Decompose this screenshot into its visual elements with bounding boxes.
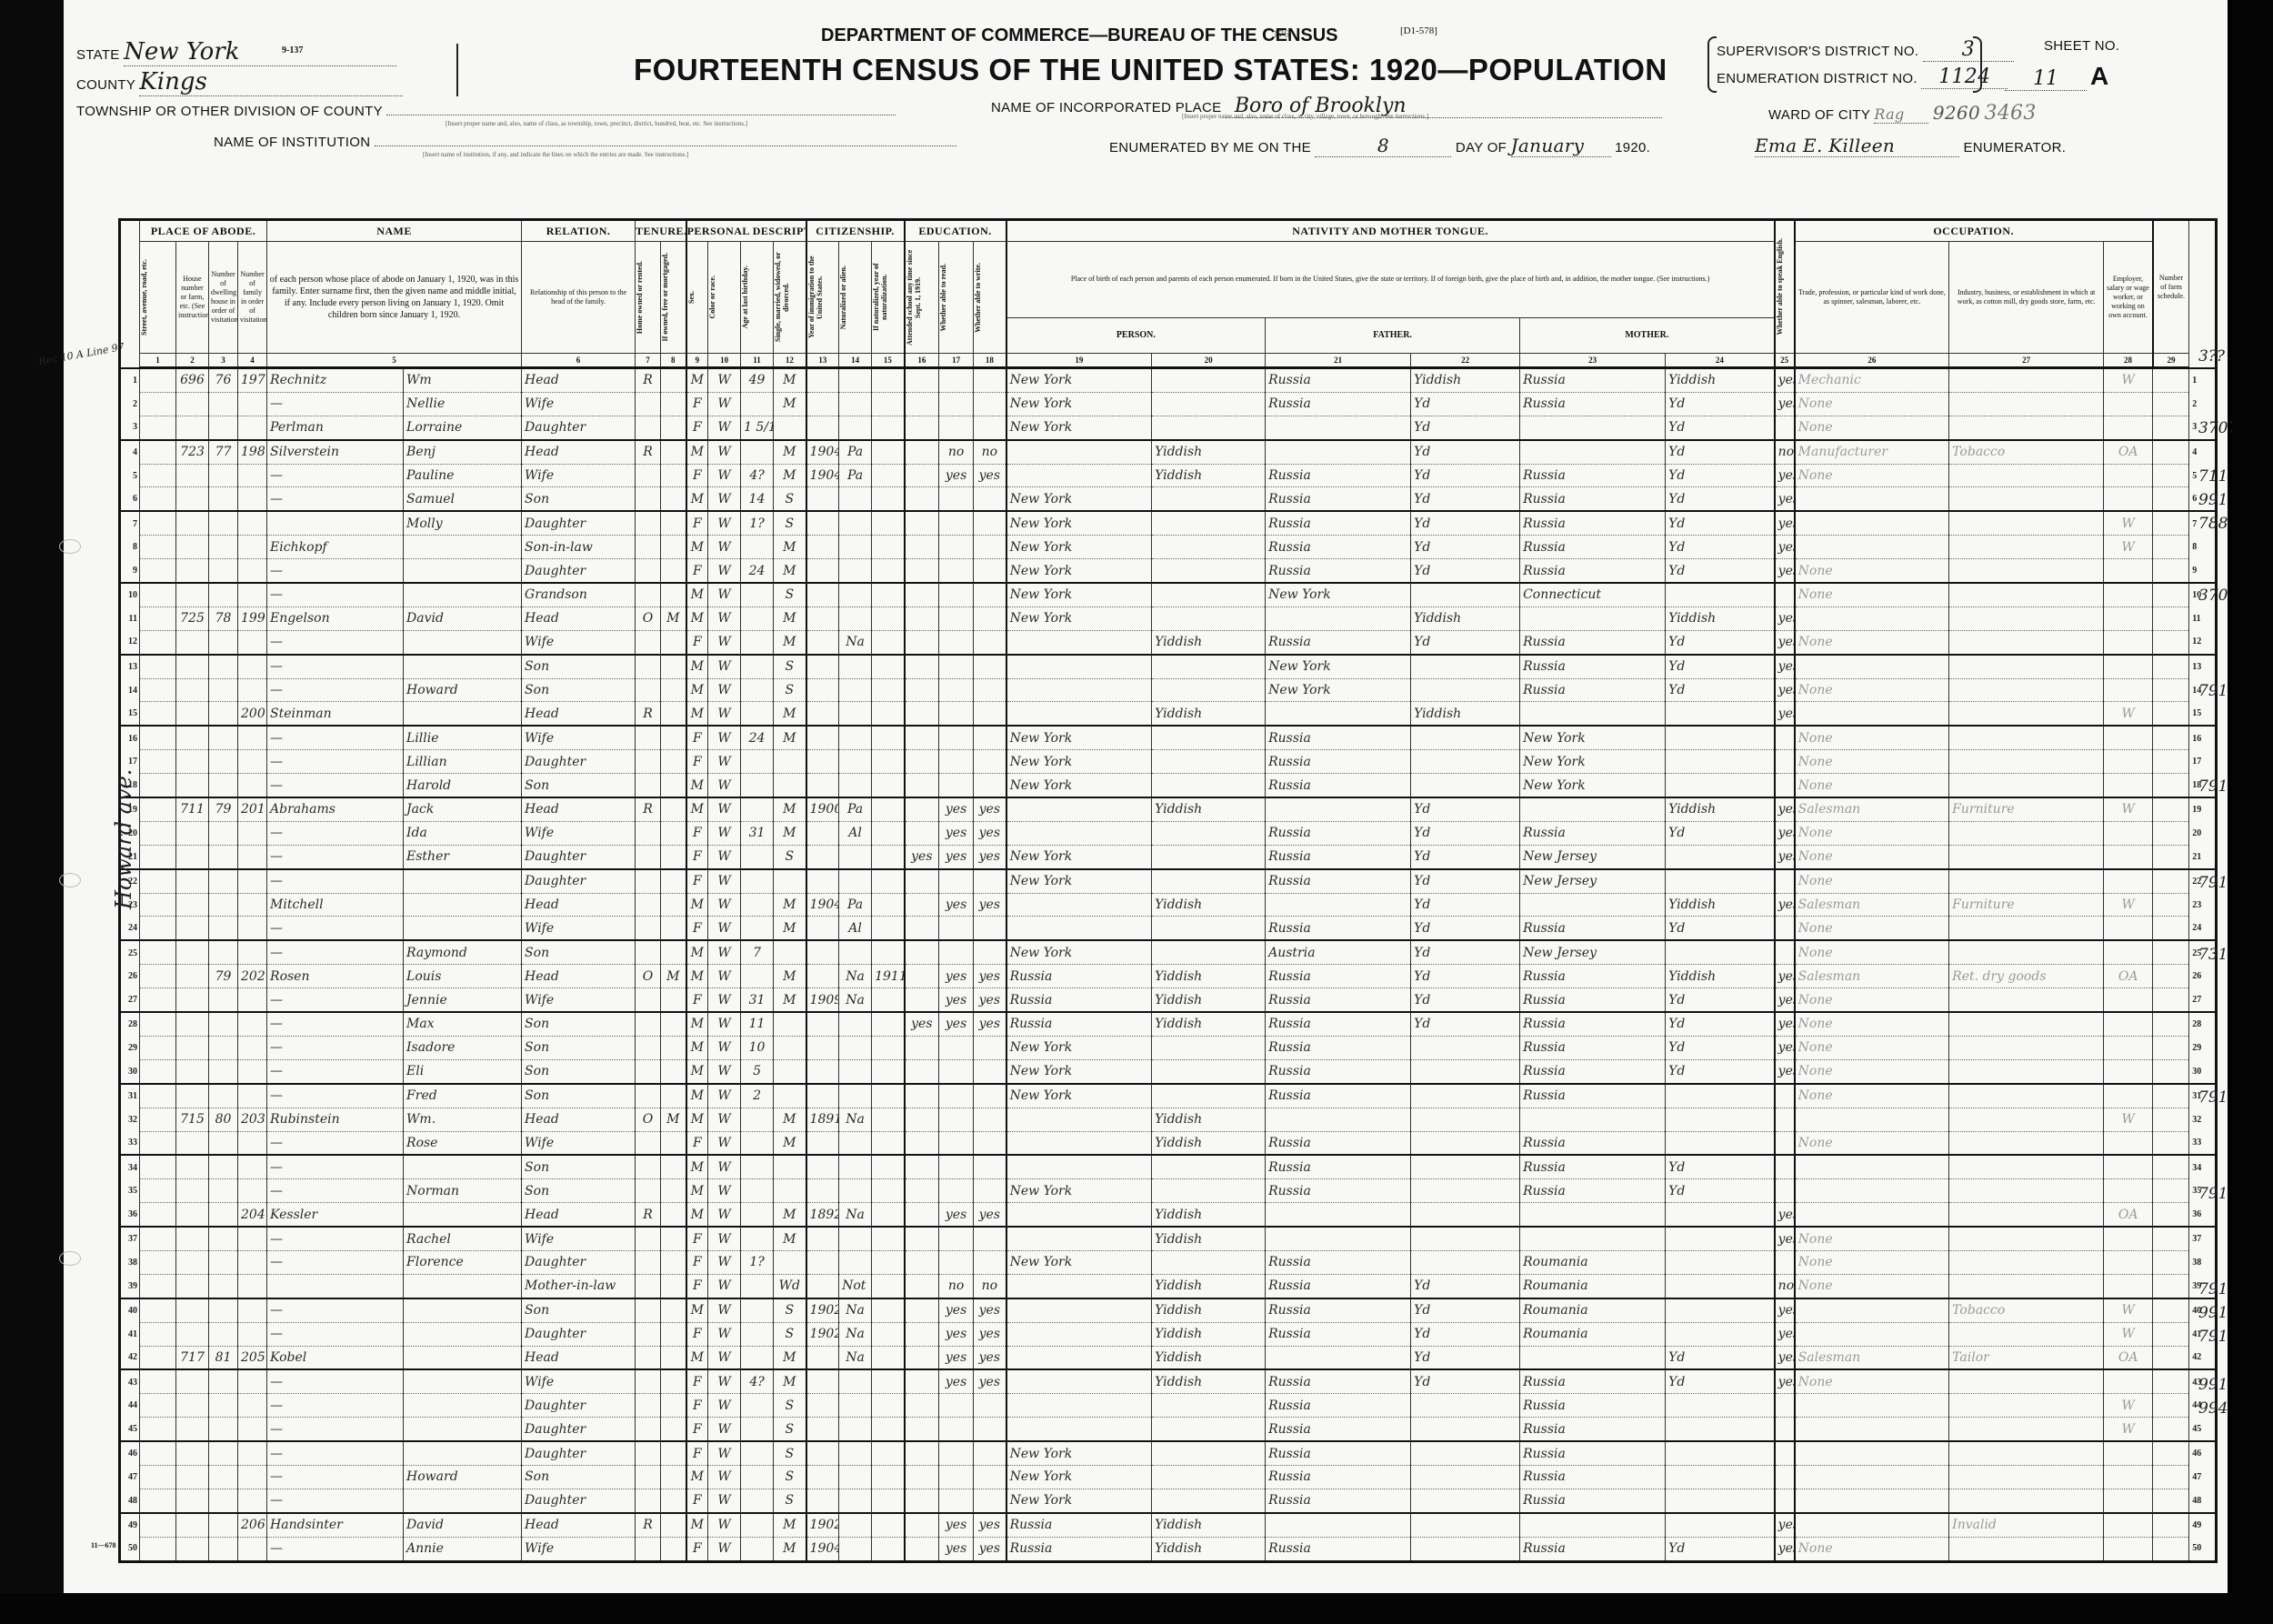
scan-border-left: [0, 0, 64, 1593]
cell-sex: F: [686, 1131, 708, 1155]
cell-trade: None: [1795, 1036, 1949, 1059]
cell-relation: Daughter: [522, 1394, 636, 1418]
cell-nat: Pa: [839, 440, 872, 464]
cell-given: [404, 1418, 522, 1441]
cell-ftongue: Yd: [1411, 893, 1520, 917]
cell-pob: New York: [1006, 1179, 1152, 1203]
cell-mtongue: Yd: [1666, 1155, 1775, 1178]
cell-given: Norman: [404, 1179, 522, 1203]
cell-mtongue: [1666, 845, 1775, 868]
cell-street: [140, 988, 176, 1012]
cell-english: yes: [1775, 630, 1795, 654]
cell-color: W: [708, 416, 741, 439]
cell-fpob: Russia: [1266, 630, 1411, 654]
cell-pob: [1006, 917, 1152, 940]
cell-surname: —: [267, 1418, 404, 1441]
cell-dwelling: [209, 1369, 238, 1393]
cell-dwelling: [209, 655, 238, 678]
cell-dwelling: [209, 678, 238, 702]
cell-ftongue: Yiddish: [1411, 702, 1520, 726]
cell-marital: [774, 1036, 806, 1059]
cell-house: [176, 1059, 209, 1083]
cell-read: yes: [939, 1012, 974, 1036]
cell-mpob: [1520, 702, 1666, 726]
cell-own: R: [636, 702, 661, 726]
cell-tongue: [1152, 1179, 1266, 1203]
cell-nat: Na: [839, 1203, 872, 1227]
cell-street: [140, 440, 176, 464]
cell-trade: [1795, 1441, 1949, 1465]
cell-mpob: New York: [1520, 750, 1666, 774]
cell-farm: [2153, 606, 2189, 630]
cell-read: no: [939, 1274, 974, 1298]
cell-english: yes: [1775, 1227, 1795, 1250]
cell-farm: [2153, 583, 2189, 606]
cell-fpob: Russia: [1266, 1322, 1411, 1346]
cell-school: [905, 797, 939, 821]
cell-relation: Wife: [522, 1369, 636, 1393]
cell-color: W: [708, 1131, 741, 1155]
cell-color: W: [708, 1179, 741, 1203]
line-number-right: 17: [2189, 750, 2217, 774]
cell-family: [238, 1322, 267, 1346]
cell-family: [238, 630, 267, 654]
cell-family: [238, 726, 267, 749]
cell-tongue: [1152, 940, 1266, 964]
cell-english: yes: [1775, 606, 1795, 630]
cell-street: [140, 1203, 176, 1227]
cell-house: 725: [176, 606, 209, 630]
cell-house: [176, 392, 209, 416]
cell-street: [140, 1465, 176, 1489]
cell-school: [905, 511, 939, 535]
margin-code: 731: [2198, 946, 2228, 964]
cell-relation: Son: [522, 1036, 636, 1059]
cell-read: [939, 1059, 974, 1083]
cell-mpob: Russia: [1520, 1059, 1666, 1083]
cell-farm: [2153, 917, 2189, 940]
cell-tongue: [1152, 1036, 1266, 1059]
cell-given: Molly: [404, 511, 522, 535]
margin-code: 791: [2198, 777, 2228, 796]
cell-pob: [1006, 821, 1152, 845]
group-mother: MOTHER.: [1520, 317, 1775, 353]
cell-mpob: Russia: [1520, 536, 1666, 559]
cell-read: [939, 940, 974, 964]
cell-mort: [661, 559, 686, 583]
cell-english: [1775, 1394, 1795, 1418]
cell-nat: [839, 1513, 872, 1537]
cell-farm: [2153, 678, 2189, 702]
cell-family: 198: [238, 440, 267, 464]
cell-dwelling: [209, 750, 238, 774]
cell-age: 4?: [741, 1369, 774, 1393]
cell-ftongue: [1411, 1227, 1520, 1250]
cell-natyr: [872, 1036, 905, 1059]
cell-farm: [2153, 1084, 2189, 1108]
cell-nat: [839, 1394, 872, 1418]
cell-mtongue: [1666, 940, 1775, 964]
cell-dwelling: [209, 917, 238, 940]
cell-given: Samuel: [404, 487, 522, 511]
cell-nat: [839, 1155, 872, 1178]
cell-marital: [774, 1012, 806, 1036]
township-hint: [Insert proper name and, also, name of c…: [446, 120, 747, 127]
cell-english: [1775, 1418, 1795, 1441]
schedule-rows: 169676197RechnitzWmHeadRMW49MNew YorkRus…: [120, 368, 2217, 1562]
cell-tongue: Yiddish: [1152, 797, 1266, 821]
cell-dwelling: [209, 1036, 238, 1059]
cell-mort: [661, 988, 686, 1012]
cell-mort: [661, 583, 686, 606]
cell-trade: [1795, 655, 1949, 678]
cell-fpob: Russia: [1266, 1131, 1411, 1155]
cell-trade: [1795, 1489, 1949, 1512]
table-row: 40—SonMWS1902NayesyesYiddishRussiaYdRoum…: [120, 1298, 2217, 1322]
cell-tongue: Yiddish: [1152, 1298, 1266, 1322]
cell-sex: F: [686, 1274, 708, 1298]
cell-trade: None: [1795, 1250, 1949, 1274]
cell-imm: [806, 965, 839, 988]
cell-industry: [1949, 1131, 2104, 1155]
cell-farm: [2153, 1108, 2189, 1131]
cell-family: [238, 750, 267, 774]
cell-sex: M: [686, 1513, 708, 1537]
cell-own: O: [636, 606, 661, 630]
cell-nat: [839, 1036, 872, 1059]
cell-marital: M: [774, 1203, 806, 1227]
cell-given: [404, 1274, 522, 1298]
cell-trade: [1795, 1155, 1949, 1178]
cell-english: yes: [1775, 1513, 1795, 1537]
cell-read: yes: [939, 797, 974, 821]
line-number: 30: [120, 1059, 140, 1083]
cell-age: 24: [741, 559, 774, 583]
cell-imm: 1904: [806, 440, 839, 464]
cell-street: [140, 1298, 176, 1322]
cell-own: [636, 1465, 661, 1489]
cell-street: [140, 917, 176, 940]
cell-nat: Pa: [839, 464, 872, 487]
cell-surname: —: [267, 583, 404, 606]
cell-industry: [1949, 821, 2104, 845]
cell-school: [905, 1537, 939, 1561]
cell-nat: [839, 940, 872, 964]
cell-surname: —: [267, 1298, 404, 1322]
column-number-8: 8: [661, 354, 686, 368]
cell-mpob: Russia: [1520, 821, 1666, 845]
cell-sex: M: [686, 1298, 708, 1322]
cell-english: [1775, 1131, 1795, 1155]
cell-fpob: Russia: [1266, 1298, 1411, 1322]
cell-color: W: [708, 1513, 741, 1537]
cell-mort: [661, 368, 686, 393]
cell-pob: New York: [1006, 536, 1152, 559]
cell-emp: [2104, 1513, 2153, 1537]
cell-ftongue: Yiddish: [1411, 606, 1520, 630]
cell-ftongue: [1411, 1537, 1520, 1561]
cell-mtongue: [1666, 750, 1775, 774]
cell-own: [636, 821, 661, 845]
cell-family: [238, 1012, 267, 1036]
cell-own: [636, 630, 661, 654]
cell-marital: [774, 869, 806, 893]
line-number: 32: [120, 1108, 140, 1131]
cell-natyr: [872, 392, 905, 416]
line-number: 48: [120, 1489, 140, 1512]
cell-sex: M: [686, 678, 708, 702]
cell-mtongue: Yd: [1666, 392, 1775, 416]
cell-given: Howard: [404, 1465, 522, 1489]
cell-relation: Grandson: [522, 583, 636, 606]
cell-tongue: [1152, 821, 1266, 845]
cell-industry: [1949, 1250, 2104, 1274]
table-row: 18—HaroldSonMWNew YorkRussiaNew YorkNone…: [120, 774, 2217, 797]
cell-natyr: [872, 1513, 905, 1537]
cell-own: [636, 536, 661, 559]
cell-natyr: [872, 511, 905, 535]
cell-emp: [2104, 1465, 2153, 1489]
cell-mtongue: Yiddish: [1666, 797, 1775, 821]
cell-marital: M: [774, 988, 806, 1012]
cell-mpob: Russia: [1520, 1036, 1666, 1059]
cell-tongue: Yiddish: [1152, 965, 1266, 988]
county-label: County: [76, 77, 135, 93]
cell-tongue: Yiddish: [1152, 1227, 1266, 1250]
group-education: EDUCATION.: [905, 220, 1006, 242]
cell-write: [974, 1084, 1006, 1108]
cell-mtongue: [1666, 702, 1775, 726]
enumeration-value: 1124: [1921, 65, 2008, 89]
cell-write: [974, 655, 1006, 678]
line-number: 49: [120, 1513, 140, 1537]
cell-relation: Son: [522, 1465, 636, 1489]
table-row: 15200SteinmanHeadRMWMYiddishYiddishyesW1…: [120, 702, 2217, 726]
cell-write: [974, 487, 1006, 511]
table-row: 2679202RosenLouisHeadOMMWMNa1911yesyesRu…: [120, 965, 2217, 988]
cell-read: [939, 583, 974, 606]
cell-pob: [1006, 797, 1152, 821]
group-relation: RELATION.: [522, 220, 636, 242]
cell-color: W: [708, 940, 741, 964]
cell-age: [741, 845, 774, 868]
cell-nat: [839, 702, 872, 726]
cell-relation: Head: [522, 893, 636, 917]
cell-natyr: [872, 1250, 905, 1274]
cell-trade: None: [1795, 917, 1949, 940]
cell-english: yes: [1775, 893, 1795, 917]
line-number: 3: [120, 416, 140, 439]
cell-school: [905, 965, 939, 988]
cell-tongue: Yiddish: [1152, 702, 1266, 726]
cell-own: [636, 1298, 661, 1322]
margin-code: 711: [2198, 467, 2228, 486]
cell-read: yes: [939, 1322, 974, 1346]
cell-school: [905, 1036, 939, 1059]
cell-industry: [1949, 368, 2104, 393]
cell-nat: [839, 845, 872, 868]
cell-trade: [1795, 487, 1949, 511]
cell-given: Annie: [404, 1537, 522, 1561]
cell-read: [939, 702, 974, 726]
cell-family: 197: [238, 368, 267, 393]
cell-fpob: Russia: [1266, 774, 1411, 797]
line-number-right: 24: [2189, 917, 2217, 940]
cell-own: [636, 678, 661, 702]
cell-dwelling: [209, 1537, 238, 1561]
cell-marital: S: [774, 655, 806, 678]
cell-ftongue: Yd: [1411, 869, 1520, 893]
cell-mort: [661, 1179, 686, 1203]
cell-dwelling: [209, 464, 238, 487]
margin-code: 991: [2198, 1304, 2228, 1322]
cell-mtongue: [1666, 1250, 1775, 1274]
cell-mtongue: [1666, 1441, 1775, 1465]
cell-color: W: [708, 821, 741, 845]
cell-school: [905, 702, 939, 726]
cell-dwelling: [209, 536, 238, 559]
column-number-11: 11: [741, 354, 774, 368]
column-number-25: 25: [1775, 354, 1795, 368]
cell-street: [140, 1227, 176, 1250]
cell-imm: [806, 1012, 839, 1036]
cell-trade: None: [1795, 1059, 1949, 1083]
cell-age: [741, 869, 774, 893]
cell-dwelling: [209, 726, 238, 749]
cell-street: [140, 1274, 176, 1298]
cell-dwelling: [209, 1298, 238, 1322]
cell-industry: [1949, 845, 2104, 868]
cell-fpob: Russia: [1266, 1179, 1411, 1203]
nativity-title: NATIVITY AND MOTHER TONGUE.: [1007, 225, 1774, 238]
institution-hint: [Insert name of institution, if any, and…: [423, 151, 689, 158]
cell-ftongue: [1411, 1108, 1520, 1131]
cell-mort: [661, 416, 686, 439]
cell-surname: —: [267, 1489, 404, 1512]
cell-read: [939, 559, 974, 583]
cell-pob: New York: [1006, 368, 1152, 393]
cell-marital: M: [774, 536, 806, 559]
cell-own: [636, 940, 661, 964]
cell-age: [741, 1227, 774, 1250]
table-row: 30—EliSonMW5New YorkRussiaRussiaYdyesNon…: [120, 1059, 2217, 1083]
cell-fpob: Russia: [1266, 821, 1411, 845]
cell-school: [905, 536, 939, 559]
col-10-header: Color or race.: [708, 242, 741, 354]
cell-marital: [774, 1084, 806, 1108]
line-number-right: 1: [2189, 368, 2217, 393]
cell-surname: —: [267, 1131, 404, 1155]
cell-given: [404, 1203, 522, 1227]
cell-pob: New York: [1006, 606, 1152, 630]
cell-given: Lorraine: [404, 416, 522, 439]
cell-nat: Al: [839, 917, 872, 940]
cell-nat: [839, 1537, 872, 1561]
cell-nat: [839, 1179, 872, 1203]
line-number-right: 29: [2189, 1036, 2217, 1059]
cell-marital: M: [774, 630, 806, 654]
cell-age: [741, 1298, 774, 1322]
cell-marital: [774, 416, 806, 439]
cell-marital: M: [774, 1108, 806, 1131]
cell-pob: [1006, 1274, 1152, 1298]
cell-imm: [806, 702, 839, 726]
county-value: Kings: [139, 68, 403, 96]
cell-natyr: [872, 1108, 905, 1131]
cell-relation: Mother-in-law: [522, 1274, 636, 1298]
cell-read: [939, 606, 974, 630]
cell-english: yes: [1775, 536, 1795, 559]
cell-age: [741, 1537, 774, 1561]
cell-marital: S: [774, 1441, 806, 1465]
cell-imm: [806, 1036, 839, 1059]
cell-house: [176, 1036, 209, 1059]
cell-relation: Head: [522, 1203, 636, 1227]
cell-mort: [661, 1513, 686, 1537]
cell-imm: [806, 940, 839, 964]
cell-farm: [2153, 464, 2189, 487]
cell-own: [636, 1322, 661, 1346]
cell-mort: [661, 1059, 686, 1083]
column-number-23: 23: [1520, 354, 1666, 368]
cell-english: [1775, 940, 1795, 964]
cell-surname: —: [267, 917, 404, 940]
cell-english: [1775, 1441, 1795, 1465]
cell-write: [974, 1059, 1006, 1083]
cell-sex: F: [686, 821, 708, 845]
cell-industry: [1949, 1489, 2104, 1512]
cell-mtongue: [1666, 1418, 1775, 1441]
cell-color: W: [708, 1441, 741, 1465]
cell-read: [939, 536, 974, 559]
cell-marital: [774, 1250, 806, 1274]
cell-fpob: Russia: [1266, 1036, 1411, 1059]
cell-mort: [661, 845, 686, 868]
cell-own: [636, 1084, 661, 1108]
line-number-right: 8: [2189, 536, 2217, 559]
cell-tongue: Yiddish: [1152, 464, 1266, 487]
cell-write: [974, 1131, 1006, 1155]
col-15-header: If naturalized, year of naturalization.: [872, 242, 905, 354]
cell-farm: [2153, 416, 2189, 439]
cell-natyr: [872, 893, 905, 917]
cell-marital: M: [774, 606, 806, 630]
cell-english: yes: [1775, 1203, 1795, 1227]
cell-given: Lillie: [404, 726, 522, 749]
cell-school: [905, 1250, 939, 1274]
cell-surname: —: [267, 1537, 404, 1561]
district-bracket-right: [1973, 36, 1982, 93]
cell-family: [238, 869, 267, 893]
table-row: 8EichkopfSon-in-lawMWMNew YorkRussiaYdRu…: [120, 536, 2217, 559]
cell-house: [176, 869, 209, 893]
cell-tongue: [1152, 869, 1266, 893]
line-number-right: 15: [2189, 702, 2217, 726]
cell-imm: [806, 917, 839, 940]
cell-color: W: [708, 1059, 741, 1083]
cell-street: [140, 821, 176, 845]
cell-mtongue: [1666, 726, 1775, 749]
cell-school: [905, 917, 939, 940]
cell-age: [741, 1108, 774, 1131]
cell-street: [140, 893, 176, 917]
cell-english: yes: [1775, 965, 1795, 988]
cell-english: yes: [1775, 1346, 1795, 1369]
cell-natyr: [872, 940, 905, 964]
cell-tongue: [1152, 1418, 1266, 1441]
cell-industry: [1949, 1369, 2104, 1393]
column-number-21: 21: [1266, 354, 1411, 368]
